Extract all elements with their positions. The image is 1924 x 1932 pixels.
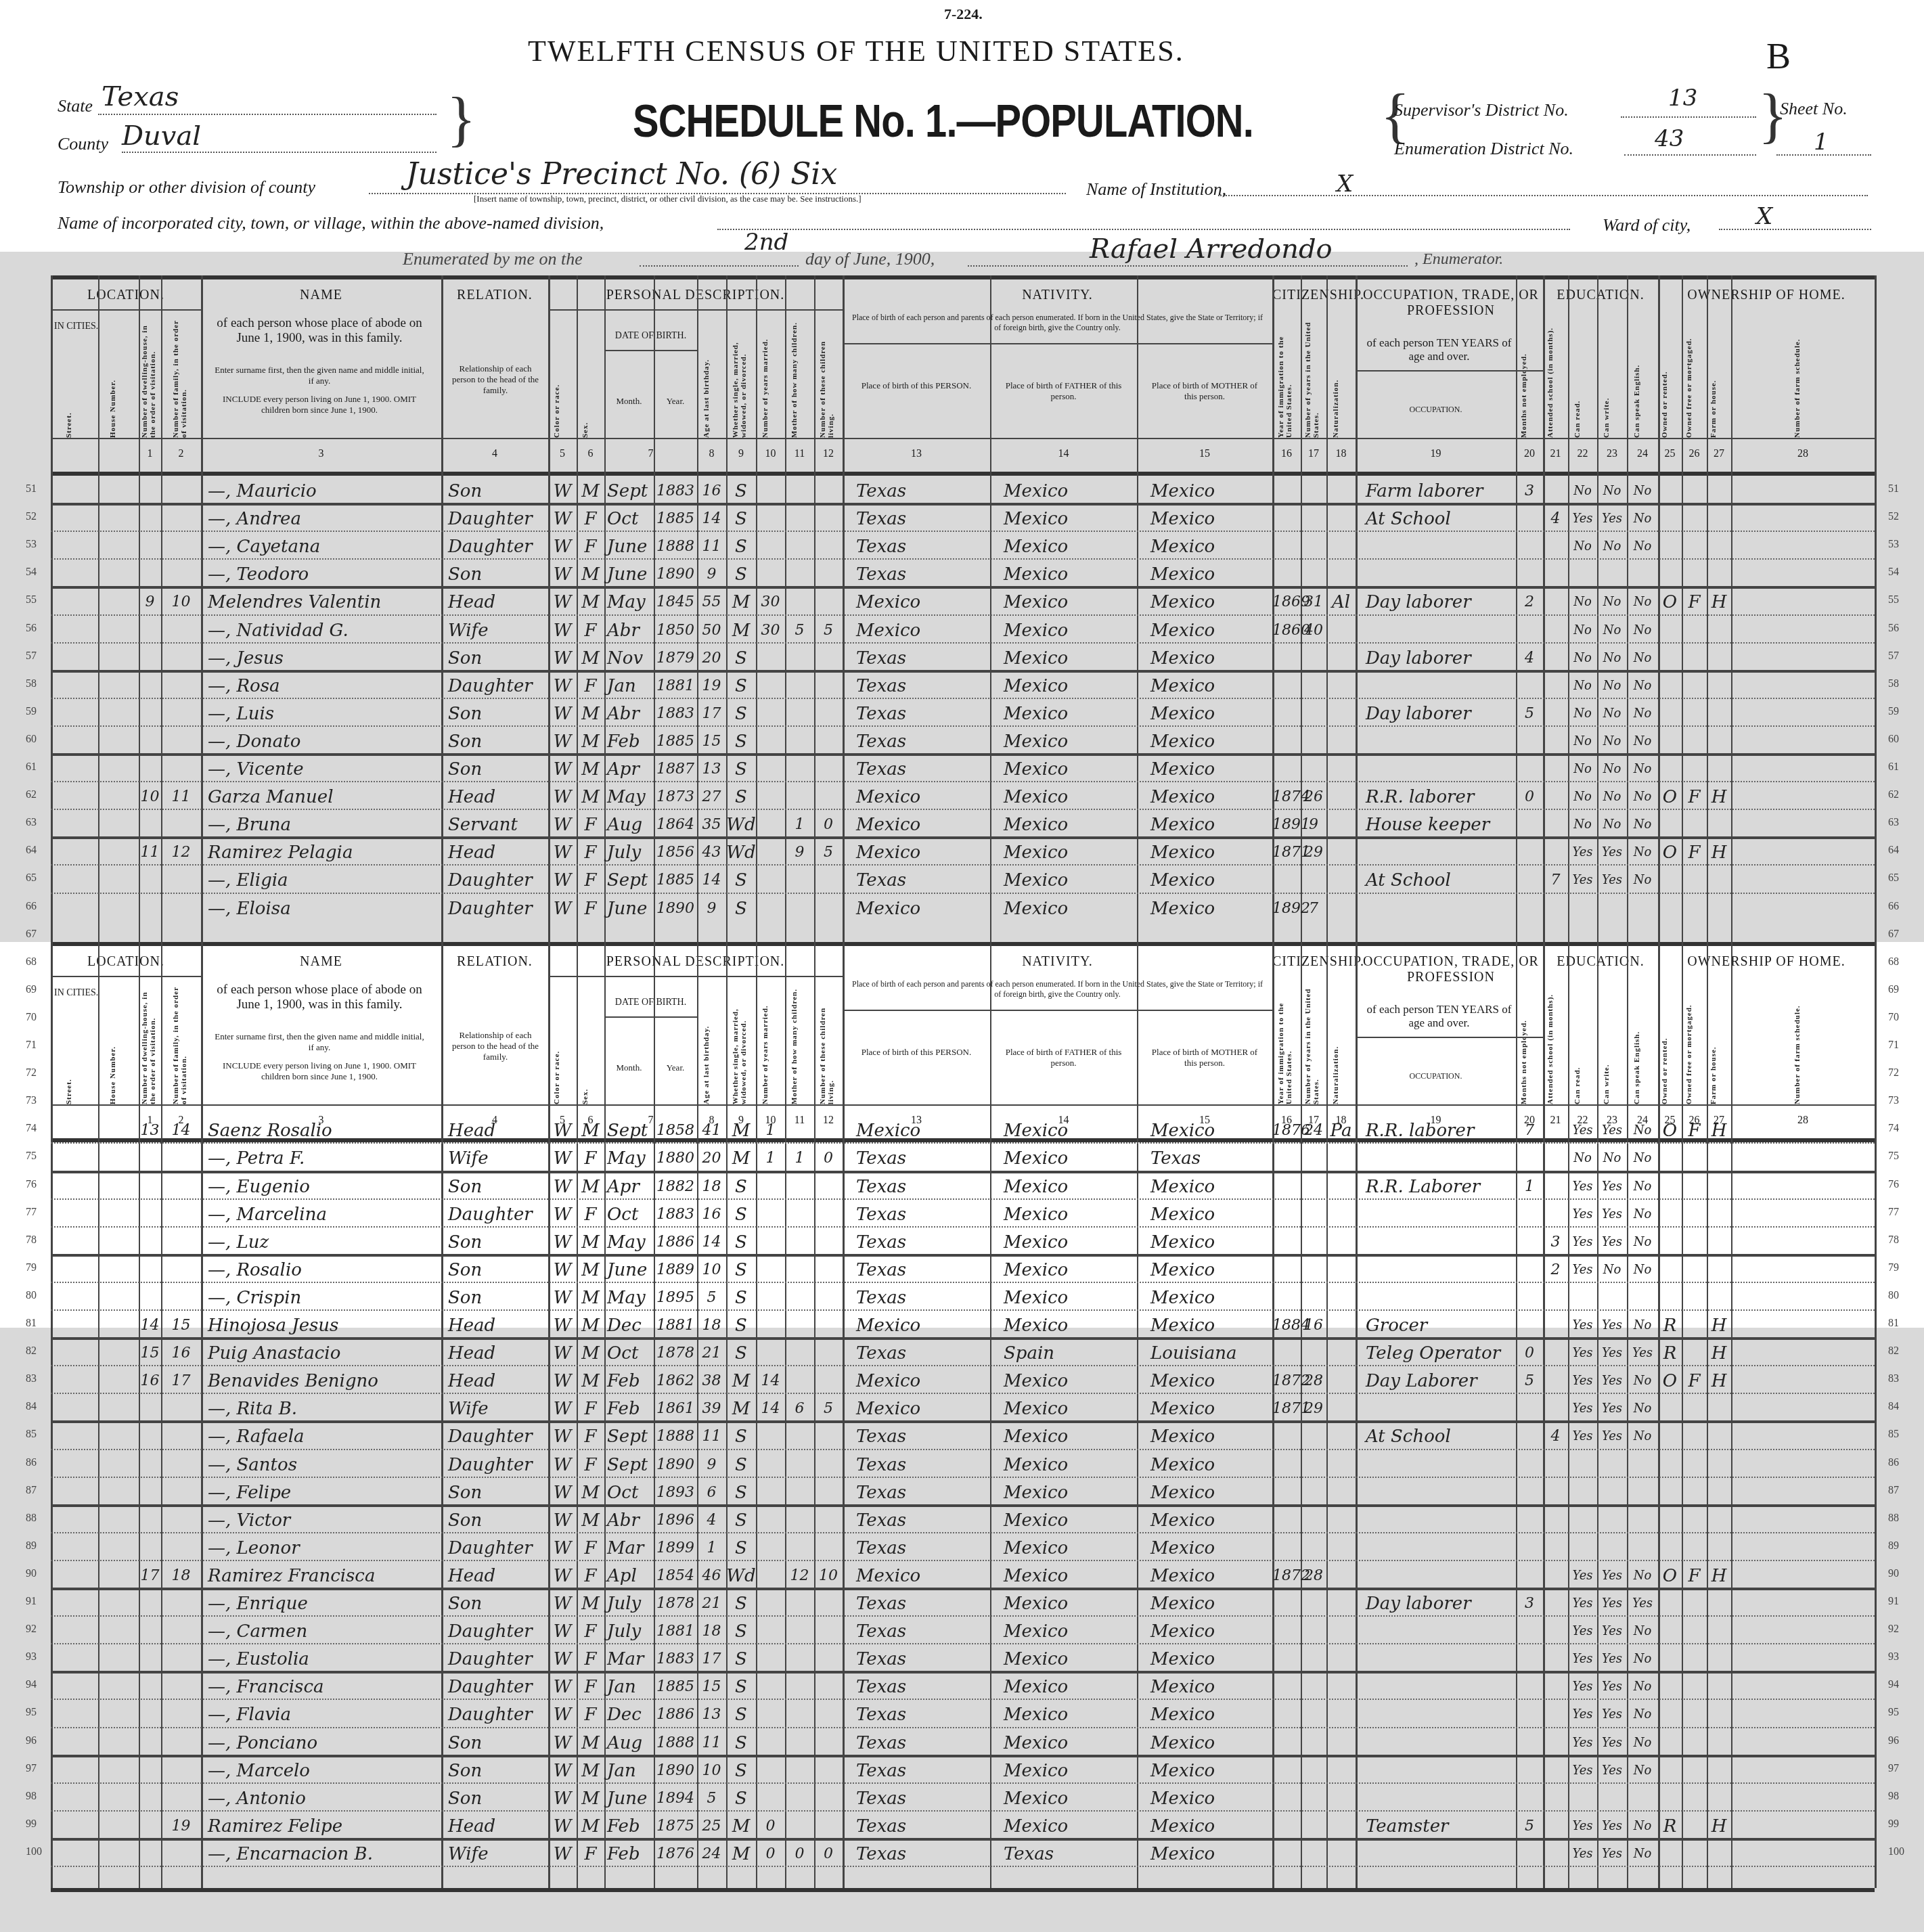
cell-eng: No <box>1627 1810 1658 1838</box>
table-row[interactable]: —, DonatoSonWMFeb188515STexasMexicoMexic… <box>51 725 1875 753</box>
cell-free: F <box>1682 836 1707 864</box>
cell-sex: M <box>577 586 604 614</box>
institution-value[interactable]: X <box>1337 171 1353 198</box>
cell-unemp <box>1516 670 1543 698</box>
cell-age: 25 <box>697 1810 726 1838</box>
cell-year: 1845 <box>654 586 697 614</box>
cell-cl: 10 <box>814 1560 843 1588</box>
cell-farm: H <box>1707 1560 1731 1588</box>
table-row[interactable]: —, TeodoroSonWMJune18909STexasMexicoMexi… <box>51 558 1875 586</box>
cell-age: 27 <box>697 781 726 809</box>
cell-pob_m: Mexico <box>1150 503 1272 531</box>
cell-year: 1856 <box>654 836 697 864</box>
table-row[interactable]: —, FlaviaDaughterWFDec188613STexasMexico… <box>51 1699 1875 1726</box>
cell-pob: Texas <box>856 1254 990 1282</box>
vertical-header-sex-mid: Sex. <box>581 983 600 1104</box>
cell-month: Jan <box>607 1755 654 1782</box>
cell-marital: S <box>726 753 756 781</box>
cell-pob: Texas <box>856 531 990 558</box>
cell-imm <box>1272 1337 1301 1365</box>
cell-mc <box>785 1198 814 1226</box>
cell-farm <box>1707 1727 1731 1755</box>
table-row[interactable]: —, RafaelaDaughterWFSept188811STexasMexi… <box>51 1420 1875 1448</box>
cell-school <box>1543 1142 1568 1170</box>
cell-cl <box>814 558 843 586</box>
cell-read: Yes <box>1568 1309 1597 1337</box>
column-number-26-top: 26 <box>1682 448 1707 460</box>
table-row[interactable]: —, Rita B.WifeWFFeb186139M1465MexicoMexi… <box>51 1393 1875 1420</box>
cell-imm <box>1272 642 1301 670</box>
cell-month: Apr <box>607 1171 654 1198</box>
township-value[interactable]: Justice's Precinct No. (6) Six <box>406 157 837 192</box>
vertical-header-farm_house-top: Farm or house. <box>1709 316 1728 438</box>
cell-imm <box>1272 1532 1301 1560</box>
county-value[interactable]: Duval <box>122 120 201 152</box>
cell-eng: No <box>1627 1643 1658 1671</box>
table-row[interactable]: —, MauricioSonWMSept188316STexasMexicoMe… <box>51 475 1875 503</box>
table-row[interactable]: 910Melendres ValentinHeadWMMay184555M30M… <box>51 586 1875 614</box>
table-row[interactable]: —, BrunaServantWFAug186435Wd10MexicoMexi… <box>51 809 1875 836</box>
line-number-left: 91 <box>26 1596 37 1608</box>
cell-pob_m: Mexico <box>1150 1588 1272 1615</box>
cell-pob_f: Mexico <box>1004 1810 1137 1838</box>
cell-relation: Son <box>448 1254 548 1282</box>
table-row[interactable]: —, MarcelinaDaughterWFOct188316STexasMex… <box>51 1198 1875 1226</box>
table-row[interactable]: 1617Benavides BenignoHeadWMFeb186238M14M… <box>51 1365 1875 1393</box>
cell-dwelling: 15 <box>139 1337 161 1365</box>
table-row[interactable]: —, EligiaDaughterWFSept188514STexasMexic… <box>51 864 1875 892</box>
cell-color: W <box>548 753 577 781</box>
cell-yrs: 16 <box>1301 1309 1326 1337</box>
table-row[interactable]: —, FranciscaDaughterWFJan188515STexasMex… <box>51 1671 1875 1699</box>
cell-occ: Farm laborer <box>1366 475 1516 503</box>
cell-age: 14 <box>697 503 726 531</box>
cell-pob_m: Mexico <box>1150 586 1272 614</box>
header-group-personal-mid: PERSONAL DESCRIPTION. <box>548 954 843 970</box>
line-number-right: 99 <box>1888 1818 1899 1830</box>
vertical-header-mother_children-top: Mother of how many children. <box>790 316 809 438</box>
cell-nat <box>1326 1337 1356 1365</box>
cell-marital: S <box>726 531 756 558</box>
cell-family <box>161 725 201 753</box>
cell-free: F <box>1682 781 1707 809</box>
cell-color: W <box>548 1838 577 1866</box>
cell-unemp <box>1516 1198 1543 1226</box>
census-title: TWELFTH CENSUS OF THE UNITED STATES. <box>528 34 1184 68</box>
cell-pob_f: Mexico <box>1004 1755 1137 1782</box>
cell-write <box>1597 1504 1627 1532</box>
cell-nat <box>1326 1449 1356 1477</box>
cell-relation: Son <box>448 1504 548 1532</box>
cell-name: —, Luis <box>208 698 441 725</box>
cell-imm <box>1272 1226 1301 1254</box>
vertical-header-can_read-top: Can read. <box>1573 316 1592 438</box>
cell-age: 4 <box>697 1504 726 1532</box>
occupation-col-label-top: OCCUPATION. <box>1356 404 1516 415</box>
line-number-right: 78 <box>1888 1234 1899 1246</box>
cell-nat <box>1326 1198 1356 1226</box>
table-row[interactable]: —, VicenteSonWMApr188713STexasMexicoMexi… <box>51 753 1875 781</box>
cell-month: Aug <box>607 1727 654 1755</box>
table-row[interactable]: 1415Hinojosa JesusHeadWMDec188118SMexico… <box>51 1309 1875 1337</box>
cell-dwelling <box>139 1477 161 1504</box>
cell-cl <box>814 725 843 753</box>
enumerated-day[interactable]: 2nd <box>744 229 788 256</box>
cell-yrs <box>1301 475 1326 503</box>
table-row[interactable]: 1314Saenz RosalioHeadWMSept185841M1Mexic… <box>51 1115 1875 1142</box>
cell-own: R <box>1658 1337 1682 1365</box>
dob-sub-divider-mid <box>604 1016 697 1018</box>
table-row[interactable]: —, JesusSonWMNov187920STexasMexicoMexico… <box>51 642 1875 670</box>
cell-color: W <box>548 1226 577 1254</box>
nativity-description-mid: Place of birth of each person and parent… <box>848 979 1267 999</box>
cell-imm: 1876 <box>1272 1115 1301 1142</box>
cell-yrs <box>1301 1477 1326 1504</box>
cell-month: July <box>607 1588 654 1615</box>
cell-own <box>1658 1755 1682 1782</box>
cell-farm: H <box>1707 836 1731 864</box>
cell-eng: No <box>1627 614 1658 642</box>
table-row[interactable]: —, AndreaDaughterWFOct188514STexasMexico… <box>51 503 1875 531</box>
enumerator-name[interactable]: Rafael Arredondo <box>1090 233 1333 265</box>
cell-pob_m: Mexico <box>1150 1532 1272 1560</box>
cell-pob_m: Mexico <box>1150 836 1272 864</box>
cell-color: W <box>548 1671 577 1699</box>
cell-month: May <box>607 586 654 614</box>
cell-cl <box>814 1171 843 1198</box>
cell-occ <box>1366 1226 1516 1254</box>
cell-family: 12 <box>161 836 201 864</box>
cell-mc <box>785 531 814 558</box>
cell-free: F <box>1682 586 1707 614</box>
table-row[interactable]: 19Ramirez FelipeHeadWMFeb187525M0TexasMe… <box>51 1810 1875 1838</box>
cell-read: No <box>1568 670 1597 698</box>
vertical-header-dwelling-mid: Number of dwelling-house, in the order o… <box>141 983 160 1104</box>
cell-occ: Day laborer <box>1366 698 1516 725</box>
cell-name: —, Mauricio <box>208 475 441 503</box>
cell-ym <box>756 1727 785 1755</box>
table-row[interactable]: —, LeonorDaughterWFMar18991STexasMexicoM… <box>51 1532 1875 1560</box>
cell-pob_f: Mexico <box>1004 1782 1137 1810</box>
cell-month: Abr <box>607 614 654 642</box>
table-row[interactable]: —, SantosDaughterWFSept18909STexasMexico… <box>51 1449 1875 1477</box>
cell-mc <box>785 558 814 586</box>
line-number-left: 51 <box>26 483 37 495</box>
cell-pob_f: Mexico <box>1004 753 1137 781</box>
cell-pob_m: Mexico <box>1150 670 1272 698</box>
cell-age: 15 <box>697 725 726 753</box>
cell-ym <box>756 1504 785 1532</box>
cell-marital: S <box>726 864 756 892</box>
sheet-value[interactable]: 1 <box>1814 129 1829 156</box>
cell-sex: F <box>577 836 604 864</box>
cell-ym <box>756 1337 785 1365</box>
cell-dwelling: 17 <box>139 1560 161 1588</box>
cell-dwelling <box>139 531 161 558</box>
cell-free <box>1682 1588 1707 1615</box>
cell-farm <box>1707 1671 1731 1699</box>
cell-imm <box>1272 475 1301 503</box>
vertical-header-naturalization-mid: Naturalization. <box>1332 983 1351 1104</box>
cell-pob: Mexico <box>856 1365 990 1393</box>
table-row[interactable]: —, VictorSonWMAbr18964STexasMexicoMexico <box>51 1504 1875 1532</box>
cell-family <box>161 1671 201 1699</box>
cell-unemp <box>1516 1755 1543 1782</box>
cell-occ <box>1366 1755 1516 1782</box>
table-row[interactable]: —, RosalioSonWMJune188910STexasMexicoMex… <box>51 1254 1875 1282</box>
cell-pob: Texas <box>856 1699 990 1726</box>
cell-month: Abr <box>607 1504 654 1532</box>
cell-age: 19 <box>697 670 726 698</box>
brace-left: } <box>447 85 476 154</box>
cell-read <box>1568 1782 1597 1810</box>
cell-sex: M <box>577 1254 604 1282</box>
cell-pob_f: Mexico <box>1004 1254 1137 1282</box>
line-number-left: 69 <box>26 984 37 996</box>
cell-nat <box>1326 864 1356 892</box>
cell-school <box>1543 1532 1568 1560</box>
cell-pob: Texas <box>856 1142 990 1170</box>
table-row[interactable]: —, EloisaDaughterWFJune18909SMexicoMexic… <box>51 893 1875 920</box>
cell-school <box>1543 1671 1568 1699</box>
column-line-end <box>1875 275 1877 1888</box>
line-number-right: 94 <box>1888 1679 1899 1691</box>
cell-eng: No <box>1627 642 1658 670</box>
cell-own <box>1658 864 1682 892</box>
cell-color: W <box>548 1115 577 1142</box>
vertical-header-farm_schedule-mid: Number of farm schedule. <box>1793 983 1812 1104</box>
cell-school <box>1543 725 1568 753</box>
table-row[interactable]: —, Encarnacion B.WifeWFFeb187624M000Texa… <box>51 1838 1875 1866</box>
table-row[interactable]: —, FelipeSonWMOct18936STexasMexicoMexico <box>51 1477 1875 1504</box>
cell-unemp: 0 <box>1516 1337 1543 1365</box>
cell-ym <box>756 1449 785 1477</box>
cell-imm <box>1272 1504 1301 1532</box>
cell-relation: Son <box>448 1755 548 1782</box>
cell-name: —, Rita B. <box>208 1393 441 1420</box>
table-row[interactable]: —, Petra F.WifeWFMay188020M110TexasMexic… <box>51 1142 1875 1170</box>
line-number-left: 66 <box>26 901 37 913</box>
cell-eng: No <box>1627 1838 1658 1866</box>
table-row[interactable]: —, PoncianoSonWMAug188811STexasMexicoMex… <box>51 1727 1875 1755</box>
cell-marital: S <box>726 1532 756 1560</box>
cell-cl <box>814 642 843 670</box>
table-row[interactable]: —, LuisSonWMAbr188317STexasMexicoMexicoD… <box>51 698 1875 725</box>
cell-age: 24 <box>697 1838 726 1866</box>
cell-own: R <box>1658 1309 1682 1337</box>
table-row[interactable]: —, Natividad G.WifeWFAbr185050M3055Mexic… <box>51 614 1875 642</box>
cell-eng <box>1627 558 1658 586</box>
cell-dwelling <box>139 1755 161 1782</box>
cell-relation: Daughter <box>448 670 548 698</box>
cell-family <box>161 558 201 586</box>
cell-read: No <box>1568 809 1597 836</box>
cell-pob_f: Mexico <box>1004 809 1137 836</box>
cell-nat <box>1326 836 1356 864</box>
cell-eng: No <box>1627 1254 1658 1282</box>
cell-ym <box>756 893 785 920</box>
cell-color: W <box>548 1782 577 1810</box>
cell-year: 1890 <box>654 558 697 586</box>
cell-eng: No <box>1627 1420 1658 1448</box>
cell-ym <box>756 864 785 892</box>
cell-month: Oct <box>607 1477 654 1504</box>
cell-mc <box>785 1810 814 1838</box>
cell-marital: S <box>726 725 756 753</box>
cell-relation: Son <box>448 475 548 503</box>
table-row[interactable]: —, CayetanaDaughterWFJune188811STexasMex… <box>51 531 1875 558</box>
cell-school <box>1543 1782 1568 1810</box>
cell-dwelling <box>139 1532 161 1560</box>
cell-read <box>1568 1504 1597 1532</box>
cell-pob: Texas <box>856 1755 990 1782</box>
cell-unemp: 4 <box>1516 642 1543 670</box>
cell-mc: 6 <box>785 1393 814 1420</box>
line-number-right: 59 <box>1888 706 1899 718</box>
cell-age: 13 <box>697 1699 726 1726</box>
cell-age: 20 <box>697 1142 726 1170</box>
cell-imm <box>1272 1810 1301 1838</box>
table-row[interactable]: —, CrispinSonWMMay18955STexasMexicoMexic… <box>51 1282 1875 1309</box>
table-row[interactable]: 1516Puig AnastacioHeadWMOct187821STexasS… <box>51 1337 1875 1365</box>
cell-ym <box>756 698 785 725</box>
cell-pob: Mexico <box>856 1115 990 1142</box>
vertical-header-children_living-mid: Number of these children living. <box>819 983 838 1104</box>
cell-month: Aug <box>607 809 654 836</box>
cell-yrs: 29 <box>1301 836 1326 864</box>
line-number-left: 96 <box>26 1735 37 1747</box>
state-value[interactable]: Texas <box>102 81 179 112</box>
cell-own <box>1658 1171 1682 1198</box>
nativity-sub-divider-top <box>843 343 1272 344</box>
cell-month: Sept <box>607 1420 654 1448</box>
cell-school <box>1543 1477 1568 1504</box>
cell-unemp: 3 <box>1516 475 1543 503</box>
cell-farm <box>1707 1588 1731 1615</box>
cell-nat <box>1326 1755 1356 1782</box>
cell-pob_m: Mexico <box>1150 1699 1272 1726</box>
cell-year: 1880 <box>654 1142 697 1170</box>
cell-sex: F <box>577 893 604 920</box>
table-row[interactable]: 1112Ramirez PelagiaHeadWFJuly185643Wd95M… <box>51 836 1875 864</box>
cell-imm <box>1272 503 1301 531</box>
table-row[interactable]: 1718Ramirez FranciscaHeadWFApl185446Wd12… <box>51 1560 1875 1588</box>
personal-sub-divider-top <box>548 309 843 311</box>
vertical-header-marital-top: Whether single, married, widowed, or div… <box>732 316 751 438</box>
line-number-left: 88 <box>26 1512 37 1525</box>
cell-family: 18 <box>161 1560 201 1588</box>
cell-year: 1888 <box>654 531 697 558</box>
cell-cl <box>814 753 843 781</box>
cell-occ <box>1366 1643 1516 1671</box>
table-row[interactable]: —, EnriqueSonWMJuly187821STexasMexicoMex… <box>51 1588 1875 1615</box>
cell-cl: 5 <box>814 836 843 864</box>
vertical-header-house-top: House Number. <box>109 316 128 438</box>
cell-own <box>1658 725 1682 753</box>
cell-family <box>161 1282 201 1309</box>
cell-imm <box>1272 725 1301 753</box>
cell-unemp <box>1516 1727 1543 1755</box>
cell-relation: Daughter <box>448 1420 548 1448</box>
cell-pob: Mexico <box>856 893 990 920</box>
line-number-right: 92 <box>1888 1623 1899 1636</box>
cell-read: Yes <box>1568 1643 1597 1671</box>
cell-ym <box>756 1420 785 1448</box>
line-number-right: 87 <box>1888 1485 1899 1497</box>
cell-own <box>1658 642 1682 670</box>
cell-cl <box>814 1782 843 1810</box>
cell-occ: Teamster <box>1366 1810 1516 1838</box>
supervisor-value[interactable]: 13 <box>1668 85 1697 112</box>
line-number-right: 89 <box>1888 1540 1899 1552</box>
year-label-top: Year. <box>654 396 697 407</box>
table-row[interactable]: —, EugenioSonWMApr188218STexasMexicoMexi… <box>51 1171 1875 1198</box>
cell-month: July <box>607 1615 654 1643</box>
cell-farm <box>1707 809 1731 836</box>
cell-relation: Servant <box>448 809 548 836</box>
table-row[interactable]: —, MarceloSonWMJan189010STexasMexicoMexi… <box>51 1755 1875 1782</box>
cell-read: Yes <box>1568 1699 1597 1726</box>
cell-school <box>1543 1449 1568 1477</box>
cell-read: Yes <box>1568 1393 1597 1420</box>
cell-age: 11 <box>697 1727 726 1755</box>
enumeration-value[interactable]: 43 <box>1655 125 1684 152</box>
cell-nat <box>1326 1504 1356 1532</box>
cell-yrs <box>1301 1532 1326 1560</box>
cell-ym <box>756 1198 785 1226</box>
cell-pob_m: Mexico <box>1150 1420 1272 1448</box>
cell-sex: M <box>577 781 604 809</box>
cell-occ: Day laborer <box>1366 586 1516 614</box>
column-number-13-top: 13 <box>843 448 990 460</box>
cell-occ: At School <box>1366 503 1516 531</box>
cell-unemp <box>1516 1226 1543 1254</box>
cell-name: —, Rafaela <box>208 1420 441 1448</box>
line-number-right: 81 <box>1888 1318 1899 1330</box>
cell-pob: Texas <box>856 1171 990 1198</box>
table-row[interactable]: —, RosaDaughterWFJan188119STexasMexicoMe… <box>51 670 1875 698</box>
cell-marital: M <box>726 1810 756 1838</box>
cell-write: Yes <box>1597 1420 1627 1448</box>
line-number-left: 79 <box>26 1262 37 1274</box>
table-row[interactable]: 1011Garza ManuelHeadWMMay187327SMexicoMe… <box>51 781 1875 809</box>
table-row[interactable]: —, LuzSonWMMay188614STexasMexicoMexico3Y… <box>51 1226 1875 1254</box>
table-row[interactable]: —, CarmenDaughterWFJuly188118STexasMexic… <box>51 1615 1875 1643</box>
cell-pob_m: Mexico <box>1150 1755 1272 1782</box>
cell-occ <box>1366 1254 1516 1282</box>
cell-eng: No <box>1627 753 1658 781</box>
cell-read <box>1568 893 1597 920</box>
cell-farm <box>1707 1504 1731 1532</box>
cell-unemp <box>1516 1449 1543 1477</box>
cell-school <box>1543 836 1568 864</box>
cell-month: Jan <box>607 1671 654 1699</box>
cell-marital: S <box>726 1449 756 1477</box>
cell-yrs <box>1301 1810 1326 1838</box>
cell-cl <box>814 1588 843 1615</box>
cell-occ <box>1366 1727 1516 1755</box>
cell-nat: Al <box>1326 586 1356 614</box>
cell-sex: F <box>577 614 604 642</box>
ward-value[interactable]: X <box>1756 203 1772 230</box>
cell-read: No <box>1568 475 1597 503</box>
schedule-title: SCHEDULE No. 1.—POPULATION. <box>633 95 1253 148</box>
cell-unemp: 5 <box>1516 1810 1543 1838</box>
cell-school <box>1543 1282 1568 1309</box>
cell-farm <box>1707 670 1731 698</box>
table-row[interactable]: —, AntonioSonWMJune18945STexasMexicoMexi… <box>51 1782 1875 1810</box>
table-row[interactable]: —, EustoliaDaughterWFMar188317STexasMexi… <box>51 1643 1875 1671</box>
